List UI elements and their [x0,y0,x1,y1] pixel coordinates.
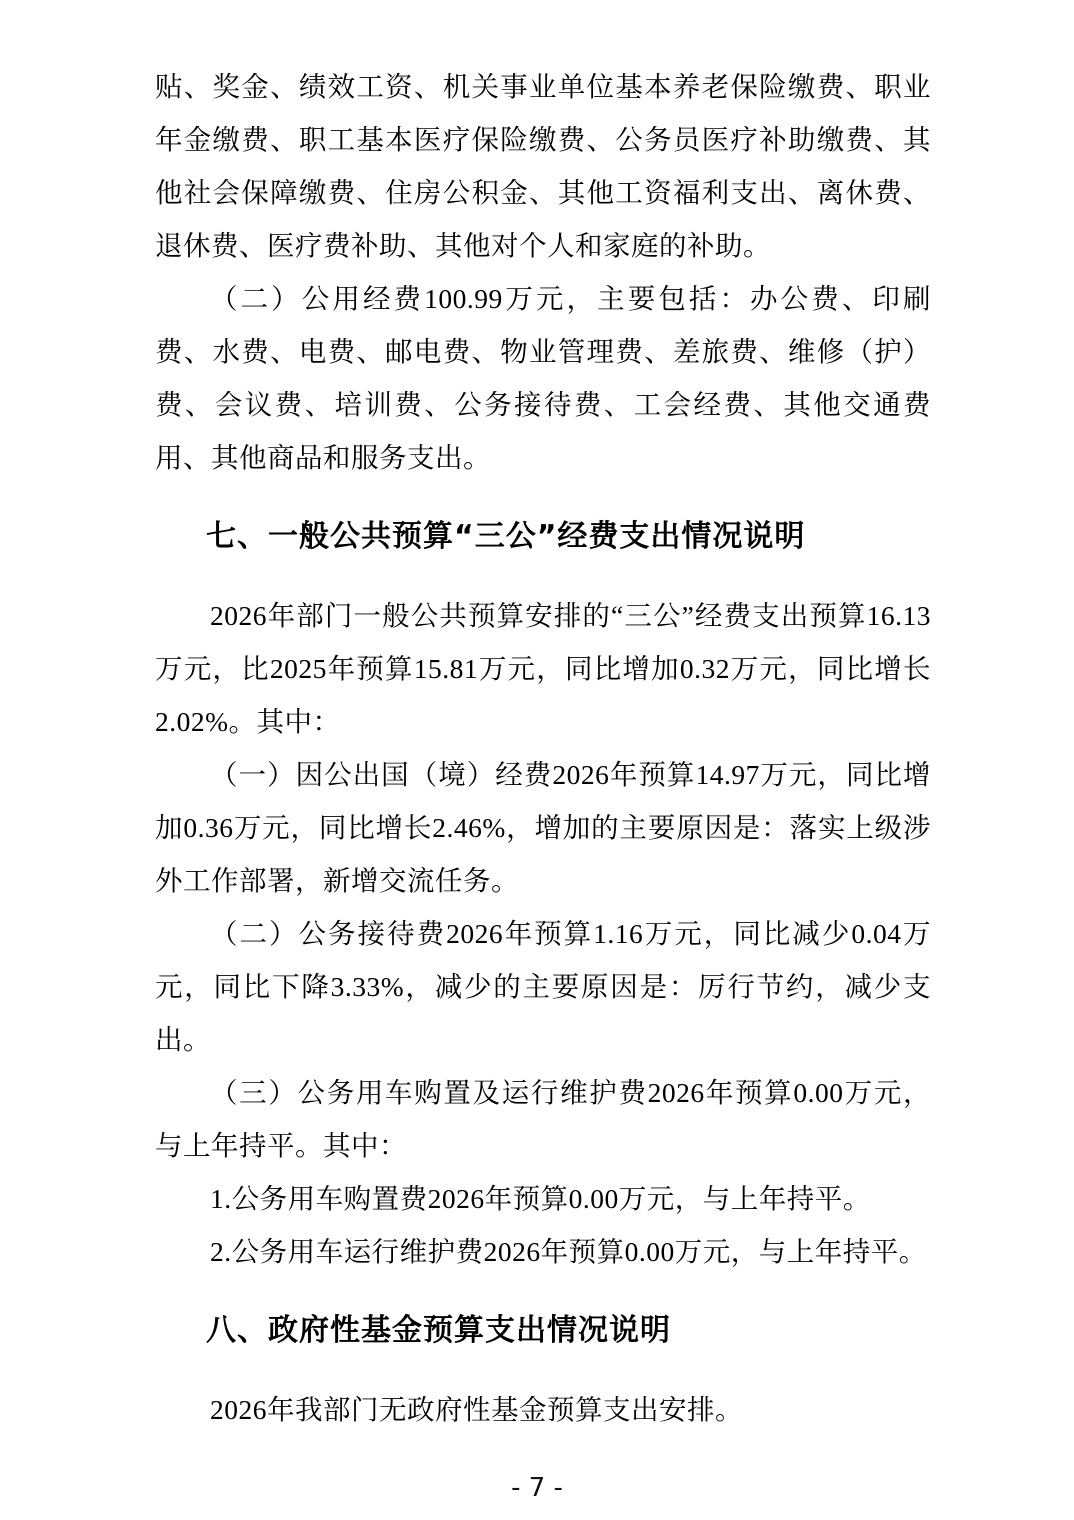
paragraph-vehicle-maintenance: 2.公务用车运行维护费2026年预算0.00万元，与上年持平。 [155,1225,931,1278]
paragraph-sangong-total: 2026年部门一般公共预算安排的“三公”经费支出预算16.13万元，比2025年… [155,589,931,748]
section-heading-seven: 七、一般公共预算“三公”经费支出情况说明 [155,510,931,563]
paragraph-personnel-expense-continuation: 贴、奖金、绩效工资、机关事业单位基本养老保险缴费、职业年金缴费、职工基本医疗保险… [155,60,931,272]
paragraph-vehicle-purchase: 1.公务用车购置费2026年预算0.00万元，与上年持平。 [155,1172,931,1225]
paragraph-public-expense: （二）公用经费100.99万元，主要包括：办公费、印刷费、水费、电费、邮电费、物… [155,272,931,484]
paragraph-abroad-expense: （一）因公出国（境）经费2026年预算14.97万元，同比增加0.36万元，同比… [155,748,931,907]
document-page: 贴、奖金、绩效工资、机关事业单位基本养老保险缴费、职业年金缴费、职工基本医疗保险… [0,0,1074,1520]
page-number: - 7 - [0,1468,1074,1508]
section-heading-eight: 八、政府性基金预算支出情况说明 [155,1304,931,1357]
paragraph-reception-expense: （二）公务接待费2026年预算1.16万元，同比减少0.04万元，同比下降3.3… [155,907,931,1066]
paragraph-gov-fund: 2026年我部门无政府性基金预算支出安排。 [155,1383,931,1436]
document-body: 贴、奖金、绩效工资、机关事业单位基本养老保险缴费、职业年金缴费、职工基本医疗保险… [155,60,931,1436]
paragraph-vehicle-total: （三）公务用车购置及运行维护费2026年预算0.00万元，与上年持平。其中： [155,1066,931,1172]
